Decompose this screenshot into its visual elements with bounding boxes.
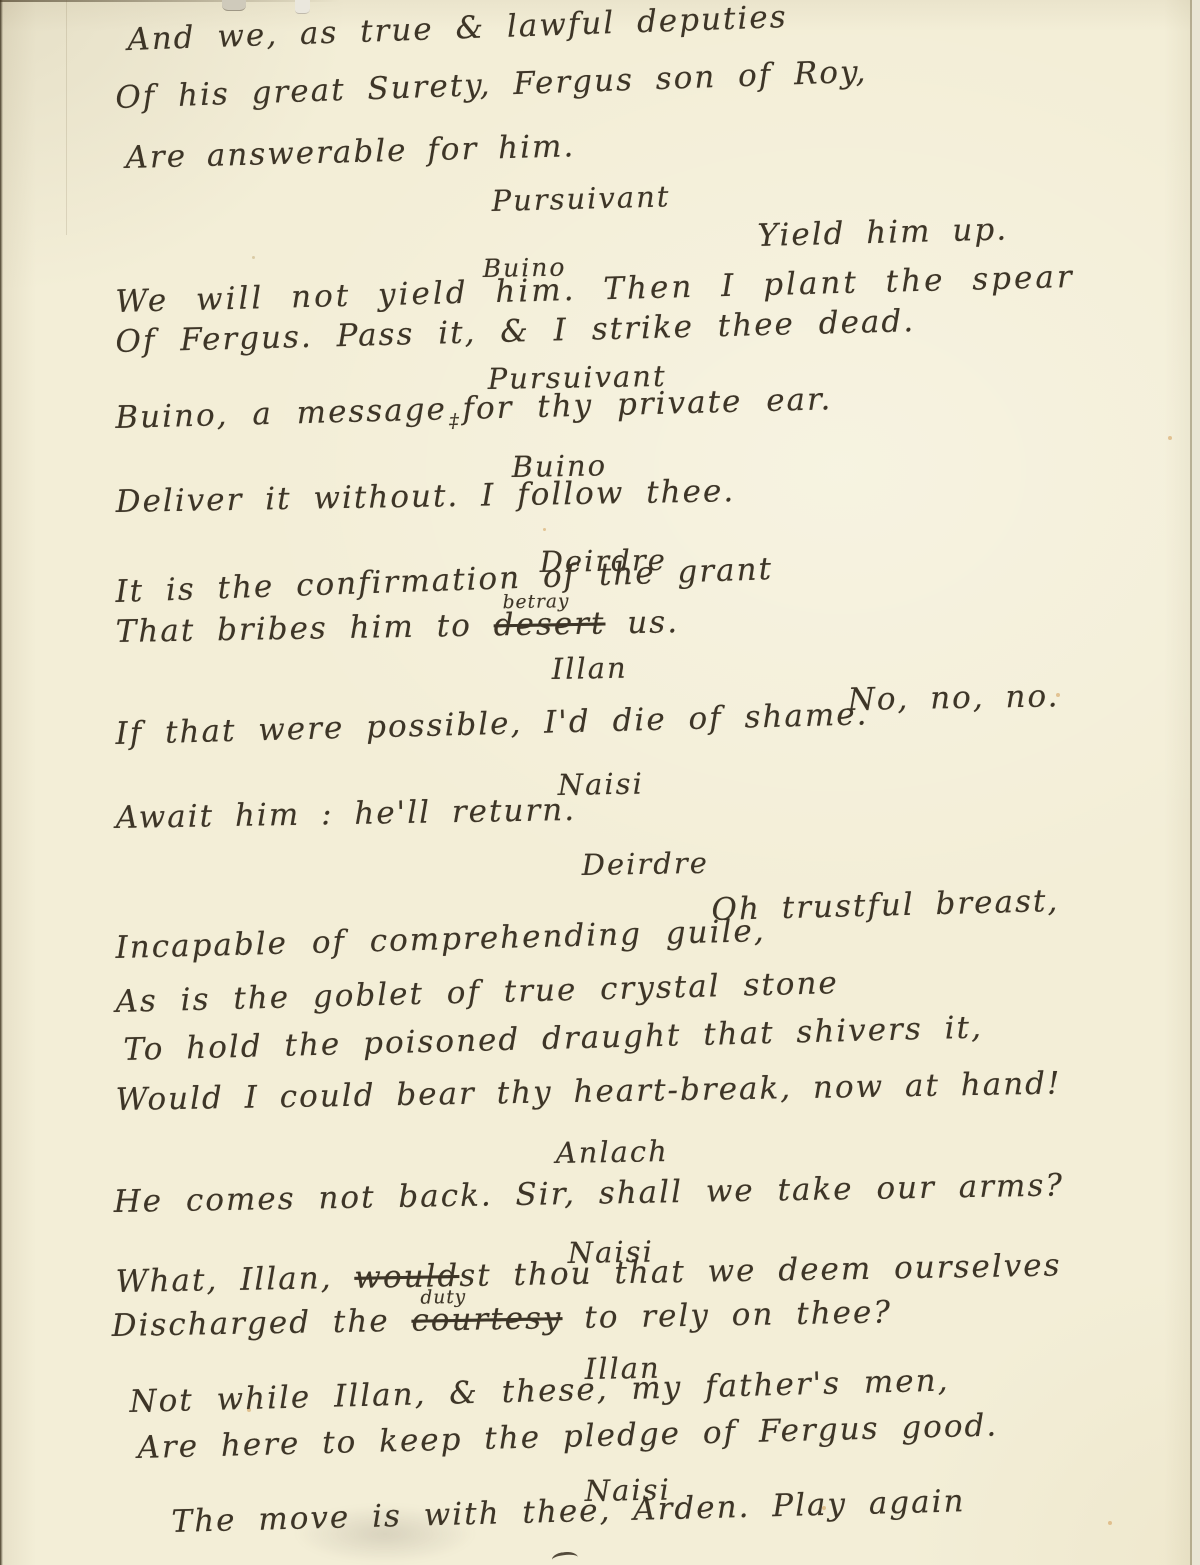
- text-segment: st thou that we deem ourselves: [459, 1247, 1062, 1294]
- speaker-heading: Anlach: [555, 1134, 669, 1170]
- text-segment: To hold the poisoned draught that shiver…: [123, 1010, 983, 1068]
- text-segment: No, no, no.: [847, 678, 1059, 718]
- verse-line: He comes not back. Sir, shall we take ou…: [113, 1167, 1064, 1220]
- verse-line: It is the confirmation of the grant: [115, 551, 774, 610]
- text-segment: Incapable of comprehending guile,: [115, 913, 766, 966]
- speaker-heading: Deirdre: [581, 846, 709, 882]
- text-segment: The move is with thee, Arden. Play again: [171, 1483, 966, 1540]
- text-segment: Illan: [551, 651, 628, 686]
- part-line: No, no, no.: [847, 678, 1059, 718]
- inserted-word: betray: [502, 591, 569, 613]
- manuscript-page: And we, as true & lawful deputiesOf his …: [0, 0, 1200, 1565]
- text-segment: That bribes him to: [115, 607, 494, 650]
- verse-line: Discharged the courtesyduty to rely on t…: [111, 1294, 892, 1344]
- verse-line: Of his great Surety, Fergus son of Roy,: [115, 54, 868, 116]
- verse-line: Deliver it without. I follow thee.: [115, 473, 735, 520]
- text-segment: Deirdre: [581, 846, 709, 882]
- text-segment: Would I could bear thy heart-break, now …: [115, 1065, 1061, 1118]
- text-segment: If that were possible, I'd die of shame.: [115, 696, 869, 752]
- verse-line: Buino, a message‡for thy private ear.: [115, 381, 833, 441]
- text-segment: Are answerable for him.: [125, 128, 576, 176]
- text-segment: us.: [605, 604, 679, 641]
- inserted-word: duty: [420, 1287, 466, 1309]
- text-segment: As is the goblet of true crystal stone: [115, 965, 839, 1020]
- text-segment: Buino, a message: [115, 391, 447, 436]
- part-line: Yield him up.: [757, 211, 1008, 254]
- text-segment: to rely on thee?: [562, 1294, 892, 1336]
- text-segment: It is the confirmation of the grant: [115, 551, 774, 610]
- text-segment: Discharged the: [111, 1303, 411, 1344]
- verse-line: The move is with thee, Arden. Play again: [171, 1483, 966, 1540]
- verse-line: Incapable of comprehending guile,: [115, 913, 766, 966]
- verse-line: Are answerable for him.: [125, 128, 576, 176]
- text-segment: He comes not back. Sir, shall we take ou…: [113, 1167, 1064, 1220]
- verse-line: To hold the poisoned draught that shiver…: [123, 1010, 983, 1068]
- verse-line: And we, as true & lawful deputies: [127, 0, 788, 58]
- text-segment: Anlach: [555, 1134, 669, 1170]
- text-segment: Deliver it without. I follow thee.: [115, 473, 735, 520]
- verse-line: Await him : he'll return.: [115, 792, 576, 836]
- handwriting-layer: And we, as true & lawful deputiesOf his …: [0, 0, 1200, 1565]
- verse-line: Would I could bear thy heart-break, now …: [115, 1065, 1061, 1118]
- text-segment: Of his great Surety, Fergus son of Roy,: [115, 54, 868, 116]
- revision: desertbetray: [493, 605, 605, 643]
- revision: courtesyduty: [411, 1300, 563, 1339]
- speaker-heading: Pursuivant: [491, 179, 671, 218]
- verse-line: What, Illan, wouldst thou that we deem o…: [115, 1247, 1061, 1300]
- verse-line: As is the goblet of true crystal stone: [115, 965, 839, 1020]
- text-segment: Yield him up.: [757, 211, 1008, 254]
- verse-line: That bribes him to desertbetray us.: [115, 604, 679, 650]
- verse-line: If that were possible, I'd die of shame.: [115, 696, 869, 752]
- speaker-heading: Illan: [551, 651, 628, 686]
- text-segment: What, Illan,: [115, 1260, 354, 1300]
- text-segment: And we, as true & lawful deputies: [127, 0, 788, 58]
- text-segment: Pursuivant: [491, 179, 671, 218]
- text-segment: Await him : he'll return.: [115, 792, 576, 836]
- insertion-mark: ‡: [447, 409, 463, 432]
